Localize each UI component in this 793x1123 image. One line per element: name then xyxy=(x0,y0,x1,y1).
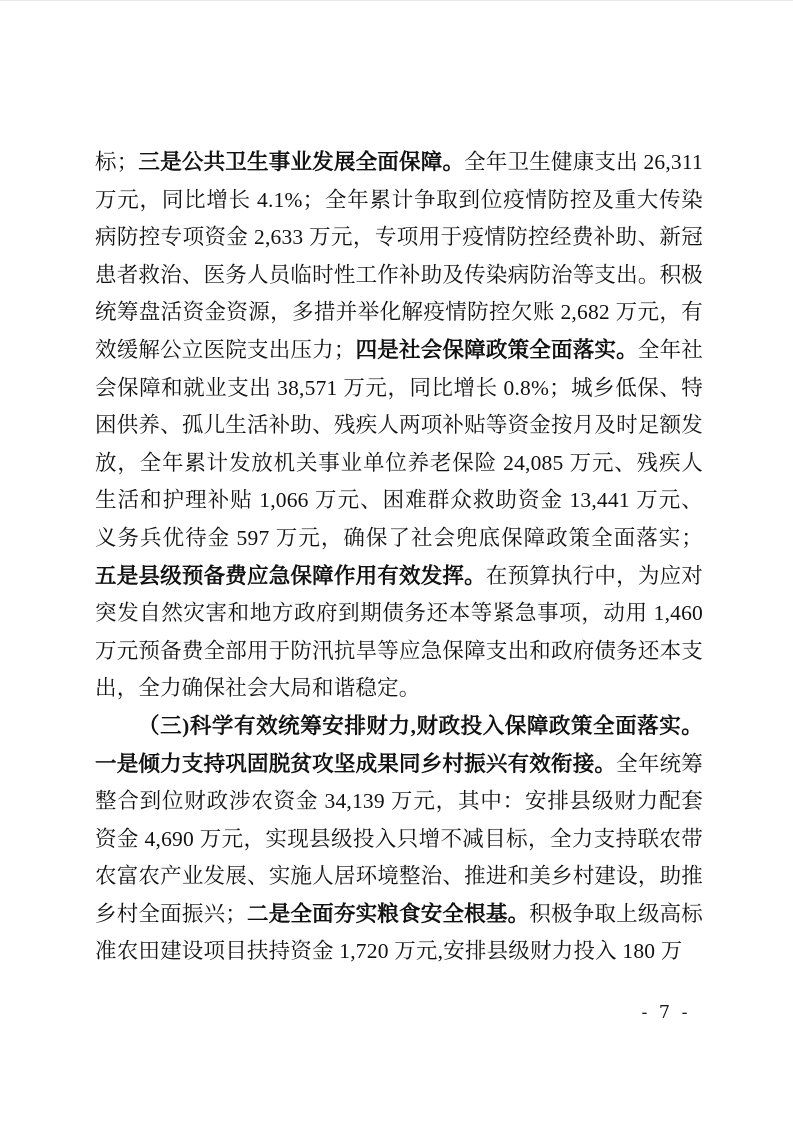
bold-text-run: 二是全面夯实粮食安全根基。 xyxy=(247,902,529,926)
bold-text-run: 四是社会保障政策全面落实。 xyxy=(356,338,638,362)
bold-text-run: 三是公共卫生事业发展全面保障。 xyxy=(138,150,464,174)
paragraph: 标；三是公共卫生事业发展全面保障。全年卫生健康支出 26,311 万元，同比增长… xyxy=(95,144,703,708)
bold-text-run: （三)科学有效统筹安排财力,财政投入保障政策全面落实。一是倾力支持巩固脱贫攻坚成… xyxy=(95,714,703,776)
page-number: - 7 - xyxy=(606,1003,726,1023)
document-page: 标；三是公共卫生事业发展全面保障。全年卫生健康支出 26,311 万元，同比增长… xyxy=(0,0,793,1123)
text-run: 全年社会保障和就业支出 38,571 万元，同比增长 0.8%；城乡低保、特困供… xyxy=(95,338,703,550)
text-run: 全年统筹整合到位财政涉农资金 34,139 万元，其中：安排县级财力配套资金 4… xyxy=(95,752,703,926)
bold-text-run: 五是县级预备费应急保障作用有效发挥。 xyxy=(95,564,486,588)
paragraph: （三)科学有效统筹安排财力,财政投入保障政策全面落实。一是倾力支持巩固脱贫攻坚成… xyxy=(95,708,703,971)
text-run: 标； xyxy=(95,150,138,174)
document-body: 标；三是公共卫生事业发展全面保障。全年卫生健康支出 26,311 万元，同比增长… xyxy=(95,144,703,971)
text-run: 全年卫生健康支出 26,311 万元，同比增长 4.1%；全年累计争取到位疫情防… xyxy=(95,150,703,362)
